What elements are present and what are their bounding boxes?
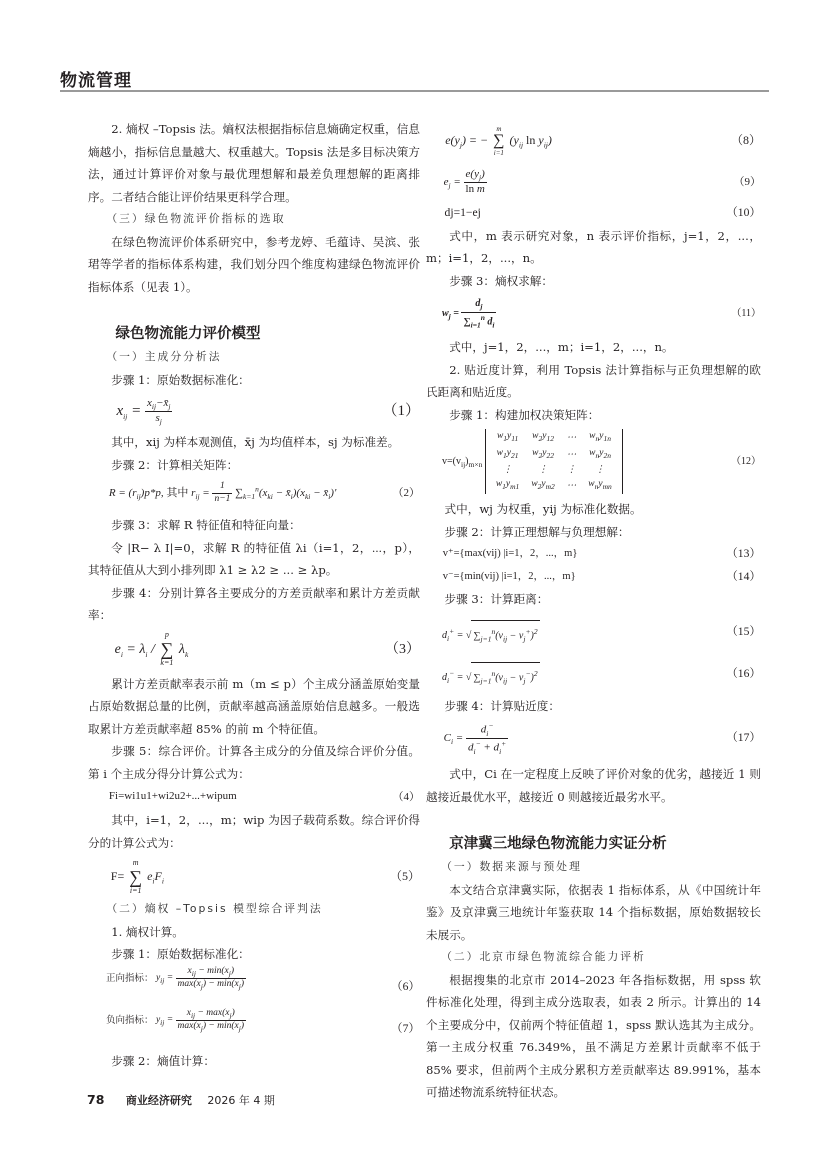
- step-2b-label: 步骤 2：熵值计算：: [88, 1050, 420, 1073]
- equation-4-text: Fi=wi1u1+wi2u2+...+wipum: [109, 790, 237, 802]
- paragraph-eq1-note: 其中，xij 为样本观测值，x̄j 为均值样本，sj 为标准差。: [88, 431, 420, 454]
- equation-number: （17）: [726, 727, 761, 750]
- equation-number: （5）: [390, 865, 420, 888]
- step-1c-label: 步骤 1：构建加权决策矩阵：: [426, 404, 761, 427]
- equation-number: （3）: [385, 638, 420, 661]
- equation-number: （12）: [731, 451, 761, 474]
- equation-6-label: 正向指标：: [106, 973, 154, 983]
- step-1b-label: 步骤 1：原始数据标准化：: [88, 943, 420, 966]
- equation-7-label: 负向指标：: [106, 1015, 154, 1025]
- step-3-label: 步骤 3：求解 R 特征值和特征向量：: [88, 514, 420, 537]
- paragraph-eq4-note: 其中，i=1，2，...，m；wip 为因子载荷系数。综合评价得分的计算公式为：: [88, 809, 420, 854]
- equation-number: （6）: [391, 975, 420, 998]
- paragraph-eq11-note: 式中，j=1，2，...，m；i=1，2，...，n。: [426, 336, 761, 359]
- equation-number: （2）: [393, 482, 421, 505]
- step-4d-label: 步骤 4：计算贴近度：: [426, 695, 761, 718]
- subheading-entropy-topsis: （二）熵权 –Topsis 模型综合评判法: [88, 898, 420, 921]
- equation-number: （7）: [391, 1017, 420, 1040]
- weighted-decision-matrix: w1y11w2y12⋯wny1n w1y21w2y22⋯wny2n ⋮⋮⋮⋮ w…: [485, 429, 623, 494]
- step-2c-label: 步骤 2：计算正理想解与负理想解：: [426, 521, 761, 544]
- section-heading-model: 绿色物流能力评价模型: [88, 322, 420, 346]
- subheading-beijing: （二）北京市绿色物流综合能力评析: [426, 946, 761, 969]
- equation-2: R = (rij)p*p, 其中 rij = 1n−1 ∑k=1n(xki − …: [88, 476, 420, 510]
- equation-number: （11）: [731, 303, 761, 326]
- equation-number: （8）: [731, 129, 761, 152]
- equation-1: xij = xij−x̄jsj （1）: [88, 391, 420, 431]
- paragraph-closeness: 2. 贴近度计算，利用 Topsis 法计算指标与正负理想解的欧氏距离和贴近度。: [426, 359, 761, 404]
- header-rule: [60, 90, 769, 92]
- equation-number: （13）: [726, 543, 761, 566]
- paragraph-beijing: 根据搜集的北京市 2014–2023 年各指标数据，用 spss 软件标准化处理…: [426, 969, 761, 1104]
- equation-10: dj=1−ej （10）: [426, 202, 761, 225]
- equation-5: F= m∑i=1 eiFi （5）: [88, 854, 420, 898]
- step-1-label: 步骤 1：原始数据标准化：: [88, 369, 420, 392]
- step-3c-label: 步骤 3：熵权求解：: [426, 270, 761, 293]
- equation-10-text: dj=1−ej: [445, 206, 481, 219]
- equation-8: e(yj) = − m∑i=1 (yij ln yij) （8）: [426, 118, 761, 162]
- left-column: 2. 熵权 –Topsis 法。熵权法根据指标信息熵确定权重，信息熵越小，指标信…: [88, 118, 420, 1072]
- equation-14-text: v⁻={min(vij) |i=1，2，...，m}: [443, 571, 576, 582]
- subheading-indicator-selection: （三）绿色物流评价指标的选取: [88, 208, 420, 231]
- equation-14: v⁻={min(vij) |i=1，2，...，m} （14）: [426, 566, 761, 589]
- equation-9: ej = e(yj)ln m （9）: [426, 162, 761, 202]
- paragraph-entropy-intro: 2. 熵权 –Topsis 法。熵权法根据指标信息熵确定权重，信息熵越小，指标信…: [88, 118, 420, 208]
- paragraph-eq10-note: 式中，m 表示研究对象，n 表示评价指标，j=1，2，...，m；i=1，2，.…: [426, 225, 761, 270]
- paragraph-indicators: 在绿色物流评价体系研究中，参考龙婷、毛蕴诗、吴滨、张珺等学者的指标体系构建，我们…: [88, 231, 420, 299]
- step-5-label: 步骤 5：综合评价。计算各主成分的分值及综合评价分值。第 i 个主成分得分计算公…: [88, 740, 420, 785]
- page-number: 78: [87, 1092, 104, 1107]
- equation-number: （9）: [734, 171, 762, 194]
- equation-number: （1）: [382, 400, 420, 423]
- paragraph-eigen: 令 |R− λ I|=0，求解 R 的特征值 λi（i=1，2，⋯，p），其特征…: [88, 537, 420, 582]
- right-column: e(yj) = − m∑i=1 (yij ln yij) （8） ej = e(…: [426, 118, 761, 1104]
- equation-number: （15）: [726, 620, 761, 643]
- step-2-label: 步骤 2：计算相关矩阵：: [88, 454, 420, 477]
- step-4-label: 步骤 4：分别计算各主要成分的方差贡献率和累计方差贡献率：: [88, 582, 420, 627]
- paragraph-eq12-note: 式中，wj 为权重，yij 为标准化数据。: [426, 498, 761, 521]
- page-footer: 78 商业经济研究 2026 年 4 期: [87, 1092, 275, 1108]
- header-section-title: 物流管理: [60, 66, 132, 91]
- equation-12-matrix: v=(vij)m×n w1y11w2y12⋯wny1n w1y21w2y22⋯w…: [426, 426, 761, 498]
- paragraph-data-source: 本文结合京津冀实际，依据表 1 指标体系，从《中国统计年鉴》及京津冀三地统计年鉴…: [426, 879, 761, 947]
- paragraph-entropy-calc: 1. 熵权计算。: [88, 921, 420, 944]
- equation-3: ei = λi / p∑k=1 λk （3）: [88, 627, 420, 673]
- equation-7: 负向指标： yij = xij − max(xj)max(xj) − min(x…: [88, 1008, 420, 1050]
- paragraph-eq17-note: 式中，Ci 在一定程度上反映了评价对象的优劣，越接近 1 则越接近最优水平，越接…: [426, 763, 761, 808]
- equation-17: Ci = di−di− + di+ （17）: [426, 717, 761, 759]
- equation-number: （14）: [726, 566, 761, 589]
- equation-11: wj = dj∑i=1n di （11）: [426, 292, 761, 336]
- equation-15: di+ = √∑j=1n(vij − vj+)2 （15）: [426, 611, 761, 653]
- equation-number: （16）: [726, 662, 761, 685]
- step-3d-label: 步骤 3：计算距离：: [426, 588, 761, 611]
- equation-4: Fi=wi1u1+wi2u2+...+wipum （4）: [88, 785, 420, 809]
- equation-16: di− = √∑j=1n(vij − vj−)2 （16）: [426, 653, 761, 695]
- subheading-pca: （一）主成分分析法: [88, 346, 420, 369]
- section-heading-empirical: 京津冀三地绿色物流能力实证分析: [426, 832, 761, 856]
- journal-name: 商业经济研究: [126, 1094, 192, 1107]
- equation-number: （10）: [726, 202, 761, 225]
- equation-6: 正向指标： yij = xij − min(xj)max(xj) − min(x…: [88, 966, 420, 1008]
- paragraph-cumulative: 累计方差贡献率表示前 m（m ≤ p）个主成分涵盖原始变量占原始数据总量的比例，…: [88, 673, 420, 741]
- issue-label: 2026 年 4 期: [207, 1094, 274, 1107]
- equation-13-text: v⁺={max(vij) |i=1，2，...，m}: [443, 548, 578, 559]
- equation-number: （4）: [393, 786, 421, 809]
- subheading-data-source: （一）数据来源与预处理: [426, 856, 761, 879]
- equation-13: v⁺={max(vij) |i=1，2，...，m} （13）: [426, 543, 761, 566]
